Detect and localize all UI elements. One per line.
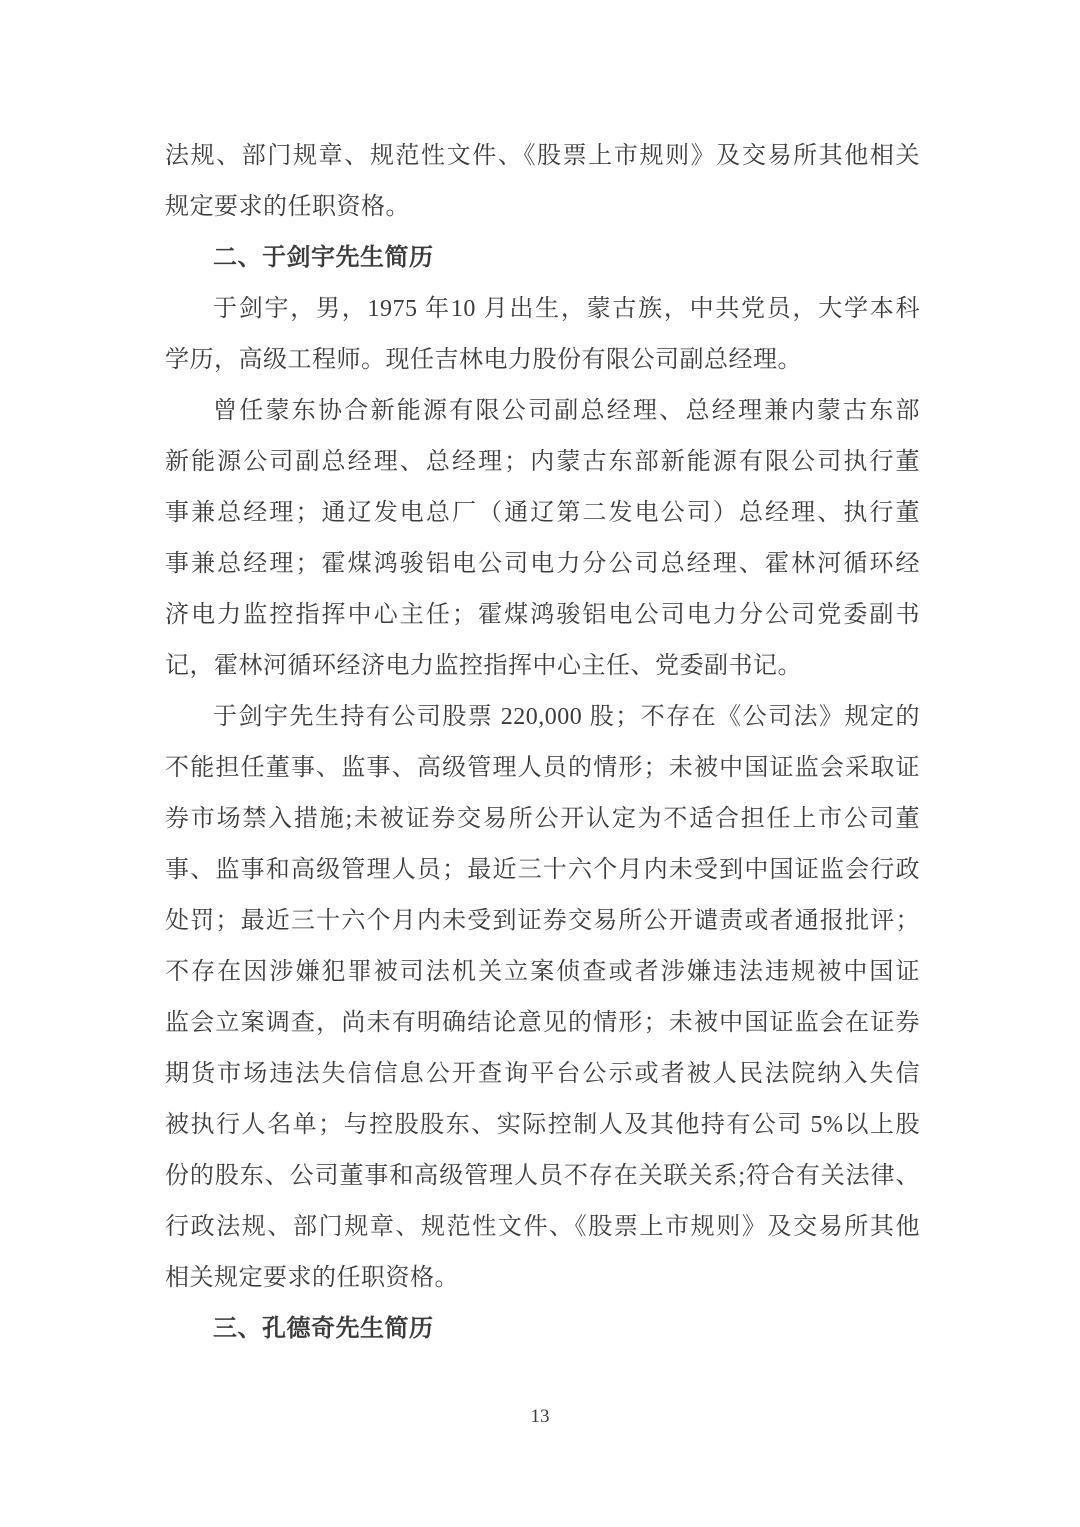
text-line: 法规、部门规章、规范性文件、《股票上市规则》及交易所其他相关 <box>165 131 920 182</box>
text-line: 份的股东、公司董事和高级管理人员不存在关联关系;符合有关法律、 <box>165 1151 920 1202</box>
text-line: 二、于剑宇先生简历 <box>165 233 920 284</box>
text-line: 监会立案调查，尚未有明确结论意见的情形；未被中国证监会在证券 <box>165 998 920 1049</box>
text-line: 曾任蒙东协合新能源有限公司副总经理、总经理兼内蒙古东部 <box>165 386 920 437</box>
document-body: 法规、部门规章、规范性文件、《股票上市规则》及交易所其他相关规定要求的任职资格。… <box>165 131 920 1355</box>
section-heading: 三、孔德奇先生简历 <box>165 1304 920 1355</box>
text-line: 于剑宇先生持有公司股票 220,000 股；不存在《公司法》规定的 <box>165 692 920 743</box>
text-line: 不能担任董事、监事、高级管理人员的情形；未被中国证监会采取证 <box>165 743 920 794</box>
text-line: 规定要求的任职资格。 <box>165 182 920 233</box>
section-heading: 二、于剑宇先生简历 <box>165 233 920 284</box>
text-line: 事兼总经理；通辽发电总厂（通辽第二发电公司）总经理、执行董 <box>165 488 920 539</box>
text-line: 处罚；最近三十六个月内未受到证券交易所公开谴责或者通报批评； <box>165 896 920 947</box>
text-line: 不存在因涉嫌犯罪被司法机关立案侦查或者涉嫌违法违规被中国证 <box>165 947 920 998</box>
document-page: 法规、部门规章、规范性文件、《股票上市规则》及交易所其他相关规定要求的任职资格。… <box>0 0 1080 1527</box>
paragraph: 于剑宇先生持有公司股票 220,000 股；不存在《公司法》规定的不能担任董事、… <box>165 692 920 1304</box>
paragraph: 法规、部门规章、规范性文件、《股票上市规则》及交易所其他相关规定要求的任职资格。 <box>165 131 920 233</box>
text-line: 济电力监控指挥中心主任；霍煤鸿骏铝电公司电力分公司党委副书 <box>165 590 920 641</box>
text-line: 被执行人名单；与控股股东、实际控制人及其他持有公司 5%以上股 <box>165 1100 920 1151</box>
text-line: 事兼总经理；霍煤鸿骏铝电公司电力分公司总经理、霍林河循环经 <box>165 539 920 590</box>
text-line: 券市场禁入措施;未被证券交易所公开认定为不适合担任上市公司董 <box>165 794 920 845</box>
text-line: 记，霍林河循环经济电力监控指挥中心主任、党委副书记。 <box>165 641 920 692</box>
text-line: 新能源公司副总经理、总经理；内蒙古东部新能源有限公司执行董 <box>165 437 920 488</box>
paragraph: 曾任蒙东协合新能源有限公司副总经理、总经理兼内蒙古东部新能源公司副总经理、总经理… <box>165 386 920 692</box>
paragraph: 于剑宇，男，1975 年10 月出生，蒙古族，中共党员，大学本科学历，高级工程师… <box>165 284 920 386</box>
text-line: 三、孔德奇先生简历 <box>165 1304 920 1355</box>
text-line: 学历，高级工程师。现任吉林电力股份有限公司副总经理。 <box>165 335 920 386</box>
text-line: 于剑宇，男，1975 年10 月出生，蒙古族，中共党员，大学本科 <box>165 284 920 335</box>
text-line: 事、监事和高级管理人员；最近三十六个月内未受到中国证监会行政 <box>165 845 920 896</box>
page-number: 13 <box>0 1403 1080 1431</box>
text-line: 行政法规、部门规章、规范性文件、《股票上市规则》及交易所其他 <box>165 1202 920 1253</box>
text-line: 相关规定要求的任职资格。 <box>165 1253 920 1304</box>
text-line: 期货市场违法失信信息公开查询平台公示或者被人民法院纳入失信 <box>165 1049 920 1100</box>
